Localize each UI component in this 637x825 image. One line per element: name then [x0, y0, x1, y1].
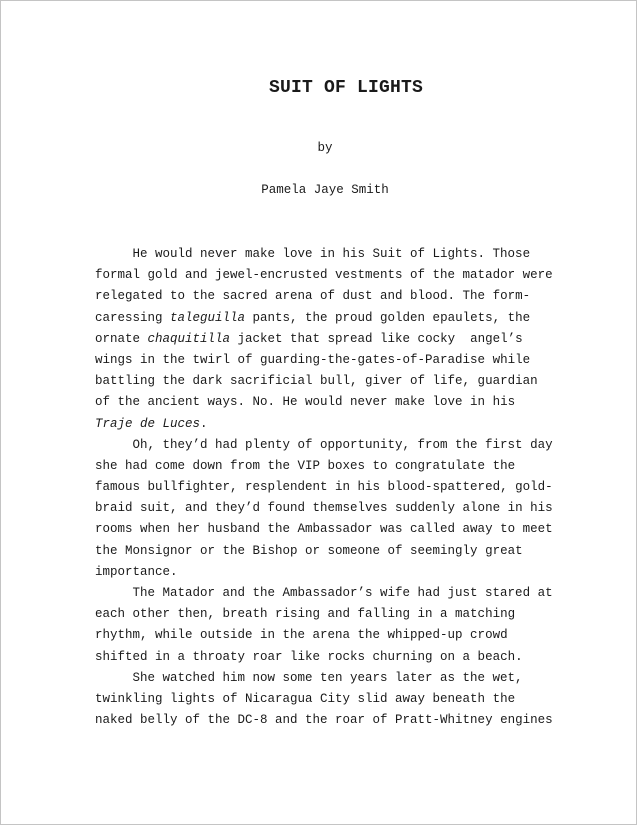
text-run: . — [200, 417, 208, 431]
text-run: twinkling lights of Nicaragua City slid … — [95, 692, 515, 706]
text-line: braid suit, and they’d found themselves … — [95, 498, 565, 519]
text-line: the Monsignor or the Bishop or someone o… — [95, 541, 565, 562]
text-run: rhythm, while outside in the arena the w… — [95, 628, 508, 642]
byline: by — [1, 140, 637, 156]
text-line: battling the dark sacrificial bull, give… — [95, 371, 565, 392]
text-line: shifted in a throaty roar like rocks chu… — [95, 647, 565, 668]
text-line: ornate chaquitilla jacket that spread li… — [95, 329, 565, 350]
text-run: relegated to the sacred arena of dust an… — [95, 289, 530, 303]
text-line: caressing taleguilla pants, the proud go… — [95, 308, 565, 329]
text-run: Oh, they’d had plenty of opportunity, fr… — [133, 438, 553, 452]
text-line: The Matador and the Ambassador’s wife ha… — [95, 583, 565, 604]
text-line: rhythm, while outside in the arena the w… — [95, 625, 565, 646]
text-run: naked belly of the DC-8 and the roar of … — [95, 713, 553, 727]
text-run: rooms when her husband the Ambassador wa… — [95, 522, 553, 536]
document-title: SUIT OF LIGHTS — [1, 77, 637, 99]
text-line: wings in the twirl of guarding-the-gates… — [95, 350, 565, 371]
text-run: formal gold and jewel-encrusted vestment… — [95, 268, 553, 282]
text-line: she had come down from the VIP boxes to … — [95, 456, 565, 477]
text-line: Traje de Luces. — [95, 414, 565, 435]
text-run: each other then, breath rising and falli… — [95, 607, 515, 621]
text-line: He would never make love in his Suit of … — [95, 244, 565, 265]
text-run: The Matador and the Ambassador’s wife ha… — [133, 586, 553, 600]
text-run: ornate — [95, 332, 148, 346]
author-name: Pamela Jaye Smith — [1, 182, 637, 198]
text-line: famous bullfighter, resplendent in his b… — [95, 477, 565, 498]
text-line: of the ancient ways. No. He would never … — [95, 392, 565, 413]
italic-term: taleguilla — [170, 311, 245, 325]
paragraph: She watched him now some ten years later… — [95, 668, 565, 732]
paragraph: The Matador and the Ambassador’s wife ha… — [95, 583, 565, 668]
text-run: She watched him now some ten years later… — [133, 671, 523, 685]
text-run: shifted in a throaty roar like rocks chu… — [95, 650, 523, 664]
text-run: jacket that spread like cocky angel’s — [230, 332, 523, 346]
text-run: caressing — [95, 311, 170, 325]
text-run: importance. — [95, 565, 178, 579]
text-run: wings in the twirl of guarding-the-gates… — [95, 353, 530, 367]
text-line: naked belly of the DC-8 and the roar of … — [95, 710, 565, 731]
text-line: importance. — [95, 562, 565, 583]
story-body: He would never make love in his Suit of … — [95, 244, 565, 731]
text-run: battling the dark sacrificial bull, give… — [95, 374, 538, 388]
text-line: rooms when her husband the Ambassador wa… — [95, 519, 565, 540]
text-line: Oh, they’d had plenty of opportunity, fr… — [95, 435, 565, 456]
text-line: relegated to the sacred arena of dust an… — [95, 286, 565, 307]
text-run: He would never make love in his Suit of … — [133, 247, 531, 261]
text-run: famous bullfighter, resplendent in his b… — [95, 480, 553, 494]
italic-term: chaquitilla — [148, 332, 231, 346]
italic-term: Traje de Luces — [95, 417, 200, 431]
paragraph: He would never make love in his Suit of … — [95, 244, 565, 435]
text-line: twinkling lights of Nicaragua City slid … — [95, 689, 565, 710]
text-run: braid suit, and they’d found themselves … — [95, 501, 553, 515]
text-line: each other then, breath rising and falli… — [95, 604, 565, 625]
text-run: of the ancient ways. No. He would never … — [95, 395, 515, 409]
text-line: formal gold and jewel-encrusted vestment… — [95, 265, 565, 286]
text-run: the Monsignor or the Bishop or someone o… — [95, 544, 523, 558]
text-line: She watched him now some ten years later… — [95, 668, 565, 689]
document-page: SUIT OF LIGHTS by Pamela Jaye Smith He w… — [0, 0, 637, 825]
text-run: she had come down from the VIP boxes to … — [95, 459, 515, 473]
paragraph: Oh, they’d had plenty of opportunity, fr… — [95, 435, 565, 583]
text-run: pants, the proud golden epaulets, the — [245, 311, 530, 325]
